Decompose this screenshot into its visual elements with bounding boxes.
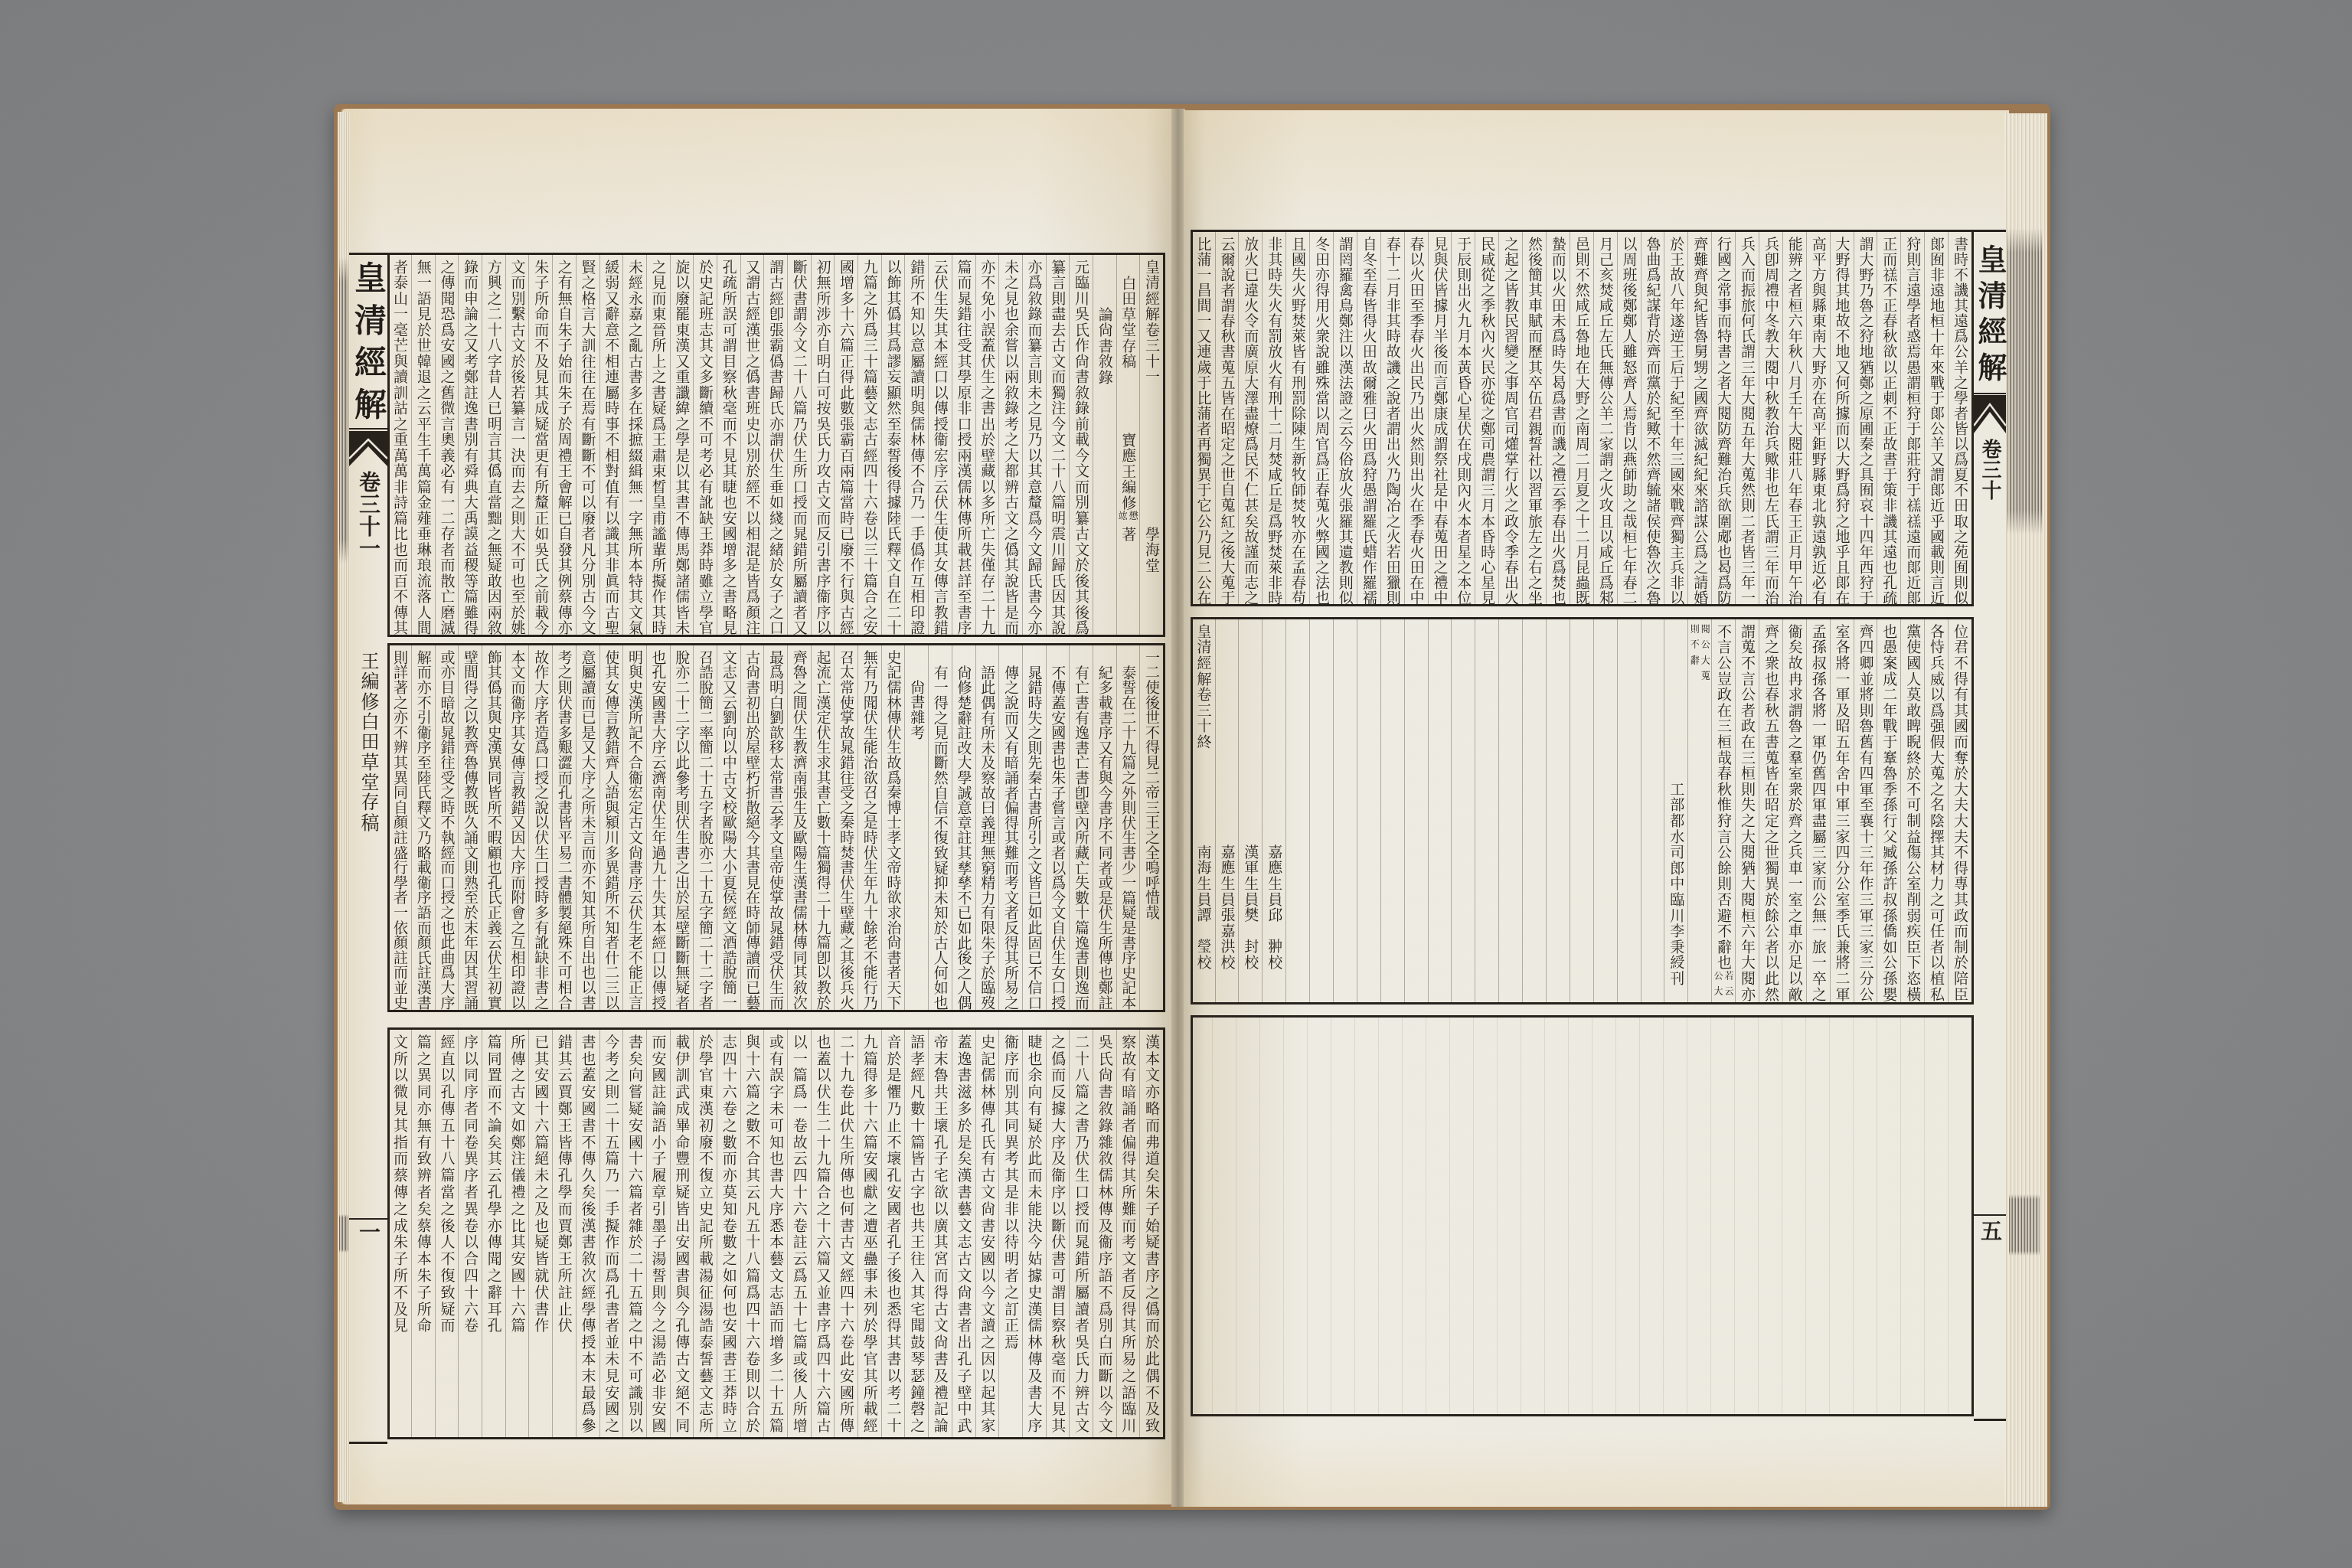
text-column	[1380, 619, 1404, 1002]
column-text: 齊四卿並將則魯舊有四軍至襄十三年作三軍三家三分公	[1854, 624, 1877, 1002]
text-column: 高平方與縣東南大野亦在高平鉅野縣東北孰遠孰近必有	[1806, 232, 1830, 604]
text-column: 嘉應生員張嘉洪校	[1215, 619, 1239, 1002]
text-column	[1570, 619, 1593, 1002]
column-text: 篇同置而不論矣其云孔學亦傳聞之辭耳孔	[482, 1034, 505, 1334]
text-column: 起流亡漢定伏生求其書亡數十篇獨得二十九篇卽以教於	[811, 645, 835, 1010]
column-text: 學海堂	[1140, 527, 1163, 574]
text-column: 未之見也余嘗以兩敘錄考之大都辨古文之僞其說皆是而	[998, 255, 1022, 635]
text-column: 載伊訓武成畢命豐刑疑皆出安國書與今孔傳古文絕不同	[670, 1030, 694, 1437]
text-column	[1428, 619, 1452, 1002]
column-text: 者泰山一毫芒與讀訓詁之重萬萬非詩篇比也而百不傳其	[387, 260, 411, 636]
column-text: 朱子所命而不及見其成疑當更有所釐正如吳氏之前載今	[529, 260, 552, 636]
text-column: 漢本文亦略而弗道矣朱子始疑書序之僞而於此偶不及致	[1139, 1030, 1163, 1437]
column-text: 亦不免小誤蓋伏生之書出於壁藏以多所亡失僅存二十九	[976, 260, 999, 636]
text-column: 史記儒林傳伏生故爲秦博士孝文帝時欲求治尙書者天下	[881, 645, 905, 1010]
column-text: 考之則伏書多艱澀而孔書皆平易二書體製絕殊不可相合	[553, 650, 576, 1010]
text-column: 錄而申論之又考鄭註逸書別有舜典大禹謨益稷等篇雖得	[458, 255, 482, 635]
column-text: 謂古經卽張霸僞書歸氏亦謂伏生垂如綫之緒於女子之口	[764, 260, 787, 636]
text-column: 非其時失火有罰放火有刑十二月焚咸丘是爲野焚萊非時	[1262, 232, 1285, 604]
column-text: 魯曲爲紀謀背於齊而黨於紀歟不然齊毓諸侯使魯次之魯	[1641, 237, 1664, 606]
text-column: 語孝經凡數十篇皆古字也共王往入其宅聞鼓琴瑟鐘磬之	[904, 1030, 928, 1437]
text-column	[1546, 619, 1570, 1002]
text-column: 於王故八年遂逆王后于紀至十年三國來戰齊獨主兵非以	[1664, 232, 1687, 604]
text-column: 孔疏所誤可謂目察秋毫而不見其睫也安國增多之書略見	[717, 255, 740, 635]
text-column: 古尙書初出於屋壁朽折散絕今其書見在時師傳讀而已藝	[740, 645, 764, 1010]
text-column: 之起之皆教民習變之事周官司爟掌行火之政令季春出火	[1498, 232, 1522, 604]
column-text: 漢軍生員樊 封校	[1239, 844, 1262, 971]
column-text: 文而別繫古文於後若纂言一決而去之則大不可也至於姚	[506, 260, 529, 636]
text-column: 朱子所命而不及見其成疑當更有所釐正如吳氏之前載今	[528, 255, 552, 635]
column-text: 比蒲一昌間一又連歲于比蒲者再獨異于它公乃見二公在	[1191, 237, 1215, 606]
column-text: 之傳聞恐爲安國之舊微言奧義必有一二存者而散亡磨滅	[436, 260, 459, 636]
text-column: 以周班後鄭鄭人雖怒齊人焉肯以燕師助之哉桓七年春二	[1617, 232, 1641, 604]
column-text: 之見而東晉所上之書疑爲王肅束晳皇甫謐輩所擬作其時	[647, 260, 670, 636]
column-text: 也愚案成二年戰于鞌魯季孫行父臧孫許叔孫僑如公孫嬰	[1877, 624, 1900, 1002]
column-text: 尙書雜考	[905, 680, 928, 740]
text-column: 室各將一軍及昭五年舍中軍三家四分公室季氏兼將二軍	[1830, 619, 1854, 1002]
column-text: 亦爲敘錄而纂言則未之見乃以其意釐爲今文歸氏書今亦	[1023, 260, 1046, 636]
edge-ink-mark	[339, 257, 348, 563]
text-column: 意屬讀而已是又大序之所未言而亦不知其所自出也以書	[576, 645, 599, 1010]
text-column	[1641, 619, 1664, 1002]
margin-rule	[1974, 1214, 2006, 1216]
column-text: 云伏生失其本經口以傳授衞宏序云伏生使其女傳言教錯	[929, 260, 952, 636]
column-text: 語孝經凡數十篇皆古字也共王往入其宅聞鼓琴瑟鐘磬之	[905, 1034, 928, 1435]
column-text: 意屬讀而已是又大序之所未言而亦不知其所自出也以書	[577, 650, 599, 1010]
column-text: 正而禚不正春秋欲以正刺不正故書于策非譏其遠也孔疏	[1877, 237, 1900, 606]
text-column: 史記儒林傳孔氏有古文尙書安國以今文讀之因以起其家	[975, 1030, 999, 1437]
column-text: 以一篇爲一卷故云四十六卷註云爲五十七篇或後人所增	[788, 1034, 811, 1435]
text-column: 經直以孔傳五十八篇當之後人不復致疑而	[435, 1030, 459, 1437]
column-text: 能辨之者桓六年秋八月壬午大閱莊八年春王正月甲午治	[1783, 237, 1806, 606]
column-text: 音於是懼乃止不壞孔安國者孔子後也悉得其書以考二十	[882, 1034, 905, 1435]
text-column: 各恃兵威以爲强假大蒐之名陰擇其材力之可任者以植私	[1924, 619, 1948, 1002]
text-column: 未經永嘉之亂古書多在採摭綴緝無一字無所本特其文氣	[622, 255, 646, 635]
text-column: 黨使國人莫敢睥睨終於不可制益傷公室削弱疾臣下恣橫	[1900, 619, 1924, 1002]
column-text: 二十九卷此伏生所傳也何書古文經四十六卷此安國所傳	[835, 1034, 857, 1435]
text-column: 國增多十六篇正得此數張霸百兩篇當時已廢不行與古經	[834, 255, 857, 635]
text-column: 書也蓋安國書不傳久矣後漢書敘次經學傳授本末最爲參	[576, 1030, 599, 1437]
column-text: 大野得其地故不地又何所據而以大野爲狩之地乎且郞在	[1831, 237, 1854, 606]
column-text: 序以同序者同卷異序者異卷以合四十六卷	[459, 1034, 482, 1334]
column-text: 衞矣故冉求謂魯之羣室衆於齊之兵車一室之車亦足以敵	[1783, 624, 1806, 1002]
page-number: 五	[1974, 1220, 2006, 1241]
column-text: 書時不譏其遠爲公羊之學者皆以爲夏不田取之苑囿則似	[1949, 237, 1971, 606]
text-column	[1404, 619, 1428, 1002]
column-text: 未經永嘉之亂古書多在採摭綴緝無一字無所本特其文氣	[623, 260, 646, 636]
column-text: 衞序而別其同異考其是非以待明者之訂正焉	[999, 1034, 1022, 1351]
text-column: 見與伏皆據月半後而言鄭康成謂祭社是中春蒐田之禮中	[1428, 232, 1452, 604]
text-column: 然後簡其車賦而歷其卒伍君親誓社以習軍旅左之右之坐	[1522, 232, 1546, 604]
column-text: 論尙書敘錄	[1093, 307, 1116, 386]
text-column: 今考之則二十五篇乃一手擬作而爲孔書者並未見安國之	[599, 1030, 623, 1437]
column-text: 白田草堂存稿	[1117, 276, 1140, 370]
text-column: 謂蒐不言公者政在三桓則失之大閱猶大閱桓六年大閱亦	[1735, 619, 1759, 1002]
column-text: 郞囿非遠地桓十年來戰于郞公羊又謂郞近乎國載則言近	[1925, 237, 1948, 606]
column-text: 尙修楚辭註改大學誠意章註其孳孳不已如此後之人偶	[952, 665, 975, 1011]
column-text: 壁間得之以教齊魯傳教既久誦文則熟至於末年因其習誦	[459, 650, 482, 1010]
column-text: 語此偶有所未及察故曰義理無窮精力有限朱子於臨歿	[976, 665, 999, 1011]
text-column: 無有乃聞伏生能治欲召之是時伏生年九十餘老不能行乃	[857, 645, 881, 1010]
text-column: 旋以廢罷東漢又重讖緯之學是以其書不傳馬鄭諸儒皆未	[670, 255, 694, 635]
column-text: 晁錯時失之則先秦古書所引之文皆已如此固已不信口	[1023, 665, 1046, 1011]
column-text: 召誥脫簡二率簡二十五字者脫亦二十五字簡二十二字者	[694, 650, 717, 1010]
text-column: 召誥脫簡二率簡二十五字者脫亦二十五字簡二十二字者	[693, 645, 717, 1010]
text-column: 正而禚不正春秋欲以正刺不正故書于策非譏其遠也孔疏	[1877, 232, 1900, 604]
margin-volume-label: 卷三十	[1974, 439, 2006, 501]
text-column: 兵入而振旅何氏謂三年大閱五年大蒐然則二者皆三年一	[1735, 232, 1759, 604]
text-column: 一二使後世不得見二帝三王之全嗚呼惜哉	[1139, 645, 1163, 1010]
left-page-upper-tier: 皇清經解卷三十一學海堂白田草堂存稿寶應王編修懋竑著論尙書敘錄元臨川吳氏作尙書敘錄…	[387, 253, 1165, 637]
text-column: 纂言則盡去古文而獨注今文二十八篇明震川歸氏因其說	[1046, 255, 1070, 635]
column-text: 泰誓在二十九篇之外則伏生書少一篇疑是書序史記本	[1117, 665, 1140, 1011]
column-text: 漢本文亦略而弗道矣朱子始疑書序之僞而於此偶不及致	[1140, 1034, 1163, 1435]
margin-rule	[349, 1218, 387, 1220]
column-text: 睫也余向有疑於此而未能決今姑據史漢儒林傳及書大序	[1023, 1034, 1046, 1435]
margin-rule	[349, 428, 387, 430]
column-text: 已其安國十六篇絕未之及也疑皆就伏書作	[529, 1034, 552, 1334]
text-column: 篇之異同亦無有致辨者矣蔡傳本朱子所命	[411, 1030, 435, 1437]
text-column: 者泰山一毫芒與讀訓詁之重萬萬非詩篇比也而百不傳其	[387, 255, 411, 635]
column-text: 且國失火野焚萊皆有刑罰除陳生新牧師焚牧亦在孟春苟	[1286, 237, 1309, 606]
text-column: 能辨之者桓六年秋八月壬午大閱莊八年春王正月甲午治	[1782, 232, 1806, 604]
text-column: 嘉應生員邱 翀校	[1262, 619, 1285, 1002]
column-text: 皇清經解卷三十終	[1191, 624, 1215, 750]
column-text: 一二使後世不得見二帝三王之全嗚呼惜哉	[1140, 650, 1163, 920]
column-text: 召太常使掌故晁錯往受之秦時焚書伏生壁藏之其後兵火	[835, 650, 857, 1010]
text-column: 不言公豈政在三桓哉春秋惟狩言公餘則否避不辭也若云公大	[1711, 619, 1735, 1002]
text-column: 方興之二十八字昔人已明言其僞直當黜之無疑敢因兩敘	[482, 255, 505, 635]
text-column: 文而別繫古文於後若纂言一決而去之則大不可也至於姚	[505, 255, 529, 635]
text-column: 比蒲一昌間一又連歲于比蒲者再獨異于它公乃見二公在	[1191, 232, 1215, 604]
column-text: 民咸從之季秋內火民亦從之鄭司農謂三月本昏時心星見	[1475, 237, 1498, 606]
text-column: 解而亦不引衞序至陸氏釋文乃略載衞序語而顏氏註漢書	[411, 645, 435, 1010]
text-column	[1285, 619, 1309, 1002]
text-column: 又謂古經漢世之僞書班史以別於經不以相混是皆爲顏注	[740, 255, 764, 635]
column-text: 則詳著之亦不辨其異同自顏註盛行學者一依顏註而並史	[387, 650, 411, 1010]
column-text: 嘉應生員邱 翀校	[1263, 844, 1285, 971]
margin-section-label: 王編修白田草堂存稿	[349, 652, 387, 833]
page-number: 一	[349, 1221, 387, 1243]
text-column: 使其女傳言教錯齊人語與潁川多異錯所不知者什二三以	[599, 645, 623, 1010]
text-column: 白田草堂存稿寶應王編修懋竑著	[1116, 255, 1140, 635]
text-column: 音於是懼乃止不壞孔安國者孔子後也悉得其書以考二十	[881, 1030, 905, 1437]
column-text: 蟄而以火田未爲時失曷爲書而譏之禮云季春出火爲焚也	[1547, 237, 1570, 606]
column-text: 室各將一軍及昭五年舍中軍三家四分公室季氏兼將二軍	[1831, 624, 1854, 1002]
column-text: 有亡書有逸書亡書卽壁內所藏亡失數十篇逸書則逸而	[1070, 665, 1093, 1011]
text-column: 皇清經解卷三十一學海堂	[1139, 255, 1163, 635]
text-column: 尙書雜考	[904, 645, 928, 1010]
text-column: 二十九卷此伏生所傳也何書古文經四十六卷此安國所傳	[834, 1030, 857, 1437]
column-text: 文志又云劉向以中古文校歐陽大小夏侯經文酒誥脫簡一	[717, 650, 740, 1010]
text-column: 泰誓在二十九篇之外則伏生書少一篇疑是書序史記本	[1116, 645, 1140, 1010]
interlinear-note-text: 懋竑	[1117, 511, 1138, 528]
text-column: 而安國註論語小子履章引墨子湯誓則今之湯誥必非安國	[646, 1030, 670, 1437]
column-text: 無一語見於世韓退之云平生千萬篇金薤垂琳琅流落人間	[412, 260, 435, 636]
text-column: 錯其云賈鄭王皆傳孔學而賈鄭王所註止伏	[552, 1030, 576, 1437]
text-column: 狩則言遠學者惑焉愚謂桓狩于郞莊狩于禚禚遠而郞近郞	[1900, 232, 1924, 604]
text-column: 論尙書敘錄	[1093, 255, 1116, 635]
text-column: 之有無自朱子始而朱子於周禮王會解已自發其例蔡傳亦	[552, 255, 576, 635]
text-column: 兵卽周禮中冬教大閱中秋教治兵歟非也左氏謂三年而治	[1759, 232, 1782, 604]
column-text: 帝末魯共王壞孔子宅欲以廣其宮而得古文尙書及禮記論	[929, 1034, 952, 1435]
text-column: 皇清經解卷三十終南海生員譚 瑩校	[1191, 619, 1215, 1002]
column-text: 以飾其僞其爲謬妄顯然至泰誓後得據陸氏釋文自在二十	[882, 260, 905, 636]
text-column	[1451, 619, 1475, 1002]
fishtail-mark-icon	[349, 431, 387, 468]
column-text: 錄而申論之又考鄭註逸書別有舜典大禹謨益稷等篇雖得	[459, 260, 482, 636]
edge-ink-mark	[2009, 1194, 2040, 1256]
text-column: 以一篇爲一卷故云四十六卷註云爲五十七篇或後人所增	[787, 1030, 811, 1437]
column-text: 文所以微見其指而蔡傳之成朱子所不及見	[387, 1034, 411, 1334]
text-column: 月己亥焚咸丘左氏無傳公羊二家謂之火攻且以咸丘爲邾	[1593, 232, 1617, 604]
column-text: 於王故八年遂逆王后于紀至十年三國來戰齊獨主兵非以	[1664, 237, 1687, 606]
text-column: 文志又云劉向以中古文校歐陽大小夏侯經文酒誥脫簡一	[717, 645, 740, 1010]
text-column: 書時不譏其遠爲公羊之學者皆以爲夏不田取之苑囿則似	[1948, 232, 1971, 604]
column-text: 所傳之古文如鄭注儀禮之比其安國十六篇	[506, 1034, 529, 1334]
text-column	[1333, 619, 1357, 1002]
column-text: 脫亦二十二字以此參考則伏生書之出於屋壁斷斷無疑者	[671, 650, 694, 1010]
text-column: 飾其僞其與史漢異同皆所不暇顧也孔氏正義云伏生初實	[482, 645, 505, 1010]
column-text: 本文而衞序其女傳言教錯又因大序而附會之互相印證以	[506, 650, 529, 1010]
column-text: 孟孫叔孫各將一軍仍舊四軍盡屬三家而公無一旅一卒之	[1807, 624, 1830, 1002]
text-column: 已其安國十六篇絕未之及也疑皆就伏書作	[528, 1030, 552, 1437]
text-column: 篇而晁錯往受其學原非口授兩漢儒林傳所載甚詳至書序	[952, 255, 975, 635]
column-text: 孔疏所誤可謂目察秋毫而不見其睫也安國增多之書略見	[717, 260, 740, 636]
column-text: 齊魯之間伏生教濟南張生及歐陽生漢書儒林傳同其敘次	[788, 650, 811, 1010]
column-text: 齊之衆也春秋五書蒐皆在昭定之世獨異於餘公者以此然	[1759, 624, 1782, 1002]
column-text: 兵入而振旅何氏謂三年大閱五年大蒐然則二者皆三年一	[1736, 237, 1759, 606]
interlinear-note-text: 若云公大	[1713, 971, 1734, 1004]
text-column: 明與史漢所記不合衞宏定古文尙書序云伏生老不能正言	[622, 645, 646, 1010]
text-column: 漢軍生員樊 封校	[1238, 619, 1262, 1002]
column-text: 不傳蓋安國書也朱子嘗言或者以爲今文自伏生女口授	[1047, 665, 1070, 1011]
text-column: 最爲明白劉歆移太常書云孝文皇帝使掌故晁錯受伏生而	[763, 645, 787, 1010]
column-text: 之有無自朱子始而朱子於周禮王會解已自發其例蔡傳亦	[553, 260, 576, 636]
column-text: 不言公豈政在三桓哉春秋惟狩言公餘則否避不辭也	[1712, 624, 1735, 971]
column-text: 齊難齊與紀皆魯舅甥之國齊欲滅紀紀來諮謀公爲之請婚	[1688, 237, 1711, 606]
text-column: 謂古經卽張霸僞書歸氏亦謂伏生垂如綫之緒於女子之口	[763, 255, 787, 635]
column-text: 斷伏書謂今文二十八篇乃伏生所口授而晁錯所屬讀者又	[788, 260, 811, 636]
column-text: 錯其云賈鄭王皆傳孔學而賈鄭王所註止伏	[553, 1034, 576, 1334]
column-text: 邑則不然咸丘魯地在大野之南周二月夏之十二月昆蟲既	[1570, 237, 1593, 606]
text-column: 或亦目暗故晁錯往受之時不執經而口授之也此曲爲大序	[435, 645, 459, 1010]
column-text: 行國之常事而特書之者大閱防齊難治兵欲圍郕也曷爲防	[1712, 237, 1735, 606]
column-text: 志四十六卷之數而亦莫知卷數之如何也安國書王莽時立	[717, 1034, 740, 1435]
text-column: 郞囿非遠地桓十年來戰于郞公羊又謂郞近乎國載則言近	[1924, 232, 1948, 604]
column-text: 放火已違火令而廣原大澤盡燎爲民不仁甚矣故謹而志之	[1239, 237, 1262, 606]
text-column: 位君不得有其國而奪於大夫大夫不得專其政而制於陪臣	[1948, 619, 1971, 1002]
text-column: 脫亦二十二字以此參考則伏生書之出於屋壁斷斷無疑者	[670, 645, 694, 1010]
column-text: 故作大序者造爲口授之說以伏生口授時多有訛缺非書之	[529, 650, 552, 1010]
column-text: 春以火田至季春火出民乃出火然則出火在季春火田在中	[1405, 237, 1428, 606]
column-text: 云爾說者謂春秋書蒐五皆在昭定之世自蒐紅之後大蒐于	[1216, 237, 1239, 606]
column-text: 于辰則出火九月本黃昏心星伏在戌則內火本者星之本位	[1452, 237, 1475, 606]
column-text: 與十六篇之數不合其云凡五十八篇爲四十六卷則以合於	[741, 1034, 764, 1435]
text-column: 也蓋以伏生二十九篇合之十六篇又並書序爲四十六篇古	[811, 1030, 835, 1437]
fishtail-mark-icon	[1974, 395, 2006, 435]
text-column: 云伏生失其本經口以傳授衞宏序云伏生使其女傳言教錯	[928, 255, 952, 635]
text-column: 也愚案成二年戰于鞌魯季孫行父臧孫許叔孫僑如公孫嬰	[1877, 619, 1900, 1002]
text-column: 齊之衆也春秋五書蒐皆在昭定之世獨異於餘公者以此然	[1759, 619, 1782, 1002]
text-column: 與十六篇之數不合其云凡五十八篇爲四十六卷則以合於	[740, 1030, 764, 1437]
column-text: 史記儒林傳伏生故爲秦博士孝文帝時欲求治尙書者天下	[882, 650, 905, 1010]
column-text: 於史記班志其文多斷續不可考必有訛缺王莽時雖立學官	[694, 260, 717, 636]
column-text: 謂罔羅禽鳥鄭注以漢法證之云今俗放火張羅其遺教則似	[1334, 237, 1357, 606]
column-text: 月己亥焚咸丘左氏無傳公羊二家謂之火攻且以咸丘爲邾	[1594, 237, 1617, 606]
column-text: 未之見也余嘗以兩敘錄考之大都辨古文之僞其說皆是而	[999, 260, 1022, 636]
column-text: 元臨川吳氏作尙書敘錄前載今文而別纂古文於後其後爲	[1070, 260, 1093, 636]
column-text: 纂言則盡去古文而獨注今文二十八篇明震川歸氏因其說	[1047, 260, 1070, 636]
text-column: 工部都水司郎中臨川李秉綬刊	[1664, 619, 1687, 1002]
text-column: 不傳蓋安國書也朱子嘗言或者以爲今文自伏生女口授	[1046, 645, 1070, 1010]
column-text: 自冬至春皆得火田故爾雅曰火田爲狩愚謂羅氏蜡作羅襦	[1357, 237, 1380, 606]
text-column: 之見而東晉所上之書疑爲王肅束晳皇甫謐輩所擬作其時	[646, 255, 670, 635]
text-column: 於史記班志其文多斷續不可考必有訛缺王莽時雖立學官	[693, 255, 717, 635]
text-column: 篇同置而不論矣其云孔學亦傳聞之辭耳孔	[482, 1030, 505, 1437]
column-text: 於學官東漢初廢不復立史記所載湯征湯誥泰誓藝文志所	[694, 1034, 717, 1435]
text-column: 春十二月非其時故譏之說者謂出火乃陶冶之火若田獵則	[1380, 232, 1404, 604]
text-column: 亦不免小誤蓋伏生之書出於壁藏以多所亡失僅存二十九	[975, 255, 999, 635]
column-text: 書也蓋安國書不傳久矣後漢書敘次經學傳授本末最爲參	[577, 1034, 599, 1435]
text-column: 志四十六卷之數而亦莫知卷數之如何也安國書王莽時立	[717, 1030, 740, 1437]
column-text: 飾其僞其與史漢異同皆所不暇顧也孔氏正義云伏生初實	[482, 650, 505, 1010]
text-column: 晁錯時失之則先秦古書所引之文皆已如此固已不信口	[1022, 645, 1046, 1010]
text-column: 初無所涉亦自明白可按吳氏力攻古文而反引書序衞序以	[811, 255, 835, 635]
text-column: 邑則不然咸丘魯地在大野之南周二月夏之十二月昆蟲既	[1570, 232, 1593, 604]
column-text: 經直以孔傳五十八篇當之後人不復致疑而	[436, 1034, 459, 1334]
margin-volume-label: 卷三十一	[349, 471, 387, 560]
text-column	[1475, 619, 1498, 1002]
column-text: 九篇之外爲三十篇藝文志古經四十六卷以三十篇合之安	[858, 260, 881, 636]
text-column: 孟孫叔孫各將一軍仍舊四軍盡屬三家而公無一旅一卒之	[1806, 619, 1830, 1002]
text-column: 謂大野乃魯之狩地猶鄭之原圃秦之具囿哀十四年西狩于	[1854, 232, 1877, 604]
text-column: 以飾其僞其爲謬妄顯然至泰誓後得據陸氏釋文自在二十	[881, 255, 905, 635]
text-column: 吳氏尙書敘錄雜敘儒林傳及衞序語不爲別白而斷以今文	[1093, 1030, 1116, 1437]
column-text: 也蓋以伏生二十九篇合之十六篇又並書序爲四十六篇古	[812, 1034, 835, 1435]
right-page-middle-tier-colophon: 位君不得有其國而奪於大夫大夫不得專其政而制於陪臣各恃兵威以爲强假大蒐之名陰擇其材…	[1191, 617, 1974, 1004]
text-column	[1357, 619, 1380, 1002]
column-text: 蓋逸書滋多於是矣漢書藝文志古文尙書者出孔子壁中武	[952, 1034, 975, 1435]
column-text: 有一得之見而斷然自信不復致疑抑未知於古人何如也	[929, 665, 952, 1011]
column-text: 起流亡漢定伏生求其書亡數十篇獨得二十九篇卽以教於	[812, 650, 835, 1010]
column-text: 謂大野乃魯之狩地猶鄭之原圃秦之具囿哀十四年西狩于	[1854, 237, 1877, 606]
text-column: 之傳聞恐爲安國之舊微言奧義必有一二存者而散亡磨滅	[435, 255, 459, 635]
column-text: 緩弱又辭意不相連屬時事不相對值有以識其非眞而古聖	[600, 260, 623, 636]
text-column	[1522, 619, 1546, 1002]
column-text: 初無所涉亦自明白可按吳氏力攻古文而反引書序衞序以	[812, 260, 835, 636]
column-text: 嘉應生員張嘉洪校	[1216, 844, 1239, 971]
margin-rule	[1974, 393, 2006, 394]
text-column: 帝末魯共王壞孔子宅欲以廣其宮而得古文尙書及禮記論	[928, 1030, 952, 1437]
text-column: 冬田亦得用火衆說雖殊當以周官爲正春蒐火弊國之法也	[1309, 232, 1333, 604]
text-column: 九篇得多十六篇安國獻之遭巫蠱事未列於學官其所載經	[857, 1030, 881, 1437]
text-column: 謂罔羅禽鳥鄭注以漢法證之云今俗放火張羅其遺教則似	[1333, 232, 1357, 604]
text-column: 蟄而以火田未爲時失曷爲書而譏之禮云季春出火爲焚也	[1546, 232, 1570, 604]
interlinear-note-text: 閱公大蒐則不辭	[1689, 624, 1710, 688]
text-column	[1617, 619, 1641, 1002]
right-page-center-margin: 皇清經解 卷三十 五	[1974, 230, 2006, 1421]
text-column: 九篇之外爲三十篇藝文志古經四十六卷以三十篇合之安	[857, 255, 881, 635]
column-text: 解而亦不引衞序至陸氏釋文乃略載衞序語而顏氏註漢書	[412, 650, 435, 1010]
text-column: 壁間得之以教齊魯傳教既久誦文則熟至於末年因其習誦	[458, 645, 482, 1010]
column-text: 篇之異同亦無有致辨者矣蔡傳本朱子所命	[412, 1034, 435, 1334]
text-column: 有亡書有逸書亡書卽壁內所藏亡失數十篇逸書則逸而	[1069, 645, 1093, 1010]
text-column: 文所以微見其指而蔡傳之成朱子所不及見	[387, 1030, 411, 1437]
text-column: 放火已違火令而廣原大澤盡燎爲民不仁甚矣故謹而志之	[1238, 232, 1262, 604]
text-column: 衞序而別其同異考其是非以待明者之訂正焉	[998, 1030, 1022, 1437]
text-column: 大野得其地故不地又何所據而以大野爲狩之地乎且郞在	[1830, 232, 1854, 604]
text-column: 也孔安國書大序云濟南伏生年過九十失其本經口以傳授	[646, 645, 670, 1010]
text-column: 齊四卿並將則魯舊有四軍至襄十三年作三軍三家三分公	[1854, 619, 1877, 1002]
column-text: 國增多十六篇正得此數張霸百兩篇當時已廢不行與古經	[835, 260, 857, 636]
margin-book-title: 皇清經解	[349, 261, 387, 430]
column-text: 以周班後鄭鄭人雖怒齊人焉肯以燕師助之哉桓七年春二	[1618, 237, 1641, 606]
column-text: 最爲明白劉歆移太常書云孝文皇帝使掌故晁錯受伏生而	[764, 650, 787, 1010]
text-column: 賢之格言大訓往往在焉有斷斷不可以廢者凡分別古今文	[576, 255, 599, 635]
column-text: 兵卽周禮中冬教大閱中秋教治兵歟非也左氏謂三年而治	[1759, 237, 1782, 606]
text-column: 錯所不知以意屬讀明與儒林傳不合乃一手僞作互相印證	[904, 255, 928, 635]
text-column: 書矣向嘗疑安國十六篇者雜於二十五篇之中不可識別以	[622, 1030, 646, 1437]
text-column: 于辰則出火九月本黃昏心星伏在戌則內火本者星之本位	[1451, 232, 1475, 604]
column-text: 之起之皆教民習變之事周官司爟掌行火之政令季春出火	[1499, 237, 1522, 606]
column-text: 狩則言遠學者惑焉愚謂桓狩于郞莊狩于禚禚遠而郞近郞	[1901, 237, 1924, 606]
text-column: 之僞而反據大序及衞序以斷伏書可謂目察秋毫而不見其	[1046, 1030, 1070, 1437]
left-page-bottom-tier: 漢本文亦略而弗道矣朱子始疑書序之僞而於此偶不及致察故有暗誦者偏得其所難而考文者反…	[387, 1027, 1165, 1439]
text-column: 自冬至春皆得火田故爾雅曰火田爲狩愚謂羅氏蜡作羅襦	[1357, 232, 1380, 604]
edge-ink-mark	[2007, 228, 2043, 534]
text-column: 召太常使掌故晁錯往受之秦時焚書伏生壁藏之其後兵火	[834, 645, 857, 1010]
column-text: 明與史漢所記不合衞宏定古文尙書序云伏生老不能正言	[623, 650, 646, 1010]
right-page-upper-tier: 書時不譏其遠爲公羊之學者皆以爲夏不田取之苑囿則似郞囿非遠地桓十年來戰于郞公羊又謂…	[1191, 230, 1974, 606]
column-text: 高平方與縣東南大野亦在高平鉅野縣東北孰遠孰近必有	[1807, 237, 1830, 606]
column-text: 而安國註論語小子履章引墨子湯誓則今之湯誥必非安國	[647, 1034, 670, 1435]
text-column: 睫也余向有疑於此而未能決今姑據史漢儒林傳及書大序	[1022, 1030, 1046, 1437]
column-text: 見與伏皆據月半後而言鄭康成謂祭社是中春蒐田之禮中	[1429, 237, 1452, 606]
column-text: 傳之說而又有暗誦者偏得其難而考文者反得其所易之	[999, 665, 1022, 1011]
column-text: 史記儒林傳孔氏有古文尙書安國以今文讀之因以起其家	[976, 1034, 999, 1435]
left-page-middle-tier: 一二使後世不得見二帝三王之全嗚呼惜哉泰誓在二十九篇之外則伏生書少一篇疑是書序史記…	[387, 643, 1165, 1012]
text-column: 衞矣故冉求謂魯之羣室衆於齊之兵車一室之車亦足以敵	[1782, 619, 1806, 1002]
column-text: 工部都水司郎中臨川李秉綬刊	[1664, 782, 1687, 987]
column-text: 之僞而反據大序及衞序以斷伏書可謂目察秋毫而不見其	[1047, 1034, 1070, 1435]
text-column: 元臨川吳氏作尙書敘錄前載今文而別纂古文於後其後爲	[1069, 255, 1093, 635]
column-text: 九篇得多十六篇安國獻之遭巫蠱事未列於學官其所載經	[858, 1034, 881, 1435]
edge-ink-mark	[339, 1214, 348, 1253]
column-text: 然後簡其車賦而歷其卒伍君親誓社以習軍旅左之右之坐	[1523, 237, 1546, 606]
text-column: 齊魯之間伏生教濟南張生及歐陽生漢書儒林傳同其敘次	[787, 645, 811, 1010]
text-column	[1498, 619, 1522, 1002]
text-column: 春以火田至季春火出民乃出火然則出火在季春火田在中	[1404, 232, 1428, 604]
column-text: 今考之則二十五篇乃一手擬作而爲孔書者並未見安國之	[600, 1034, 623, 1435]
text-column: 行國之常事而特書之者大閱防齊難治兵欲圍郕也曷爲防	[1711, 232, 1735, 604]
column-text: 春十二月非其時故譏之說者謂出火乃陶冶之火若田獵則	[1381, 237, 1404, 606]
text-column: 無一語見於世韓退之云平生千萬篇金薤垂琳琅流落人間	[411, 255, 435, 635]
text-column: 所傳之古文如鄭注儀禮之比其安國十六篇	[505, 1030, 529, 1437]
text-column: 二十八篇之書乃伏生口授而晁錯所屬讀者吳氏力辨古文	[1069, 1030, 1093, 1437]
text-column: 本文而衞序其女傳言教錯又因大序而附會之互相印證以	[505, 645, 529, 1010]
column-text: 位君不得有其國而奪於大夫大夫不得專其政而制於陪臣	[1949, 624, 1971, 1002]
column-text: 古尙書初出於屋壁朽折散絕今其書見在時師傳讀而已藝	[741, 650, 764, 1010]
text-column: 察故有暗誦者偏得其所難而考文者反得其所易之語臨川	[1116, 1030, 1140, 1437]
text-column: 紀多載書序又有與今書序不同者或是伏生所傳也鄭註	[1093, 645, 1116, 1010]
column-text: 皇清經解卷三十一	[1140, 260, 1163, 385]
column-text: 寶應王編修	[1117, 433, 1140, 511]
margin-book-title: 皇清經解	[1974, 244, 2006, 388]
right-page-bottom-tier-blank	[1191, 1015, 1974, 1416]
column-text: 或亦目暗故晁錯往受之時不執經而口授之也此曲爲大序	[436, 650, 459, 1010]
column-text: 冬田亦得用火衆說雖殊當以周官爲正春蒐火弊國之法也	[1310, 237, 1333, 606]
